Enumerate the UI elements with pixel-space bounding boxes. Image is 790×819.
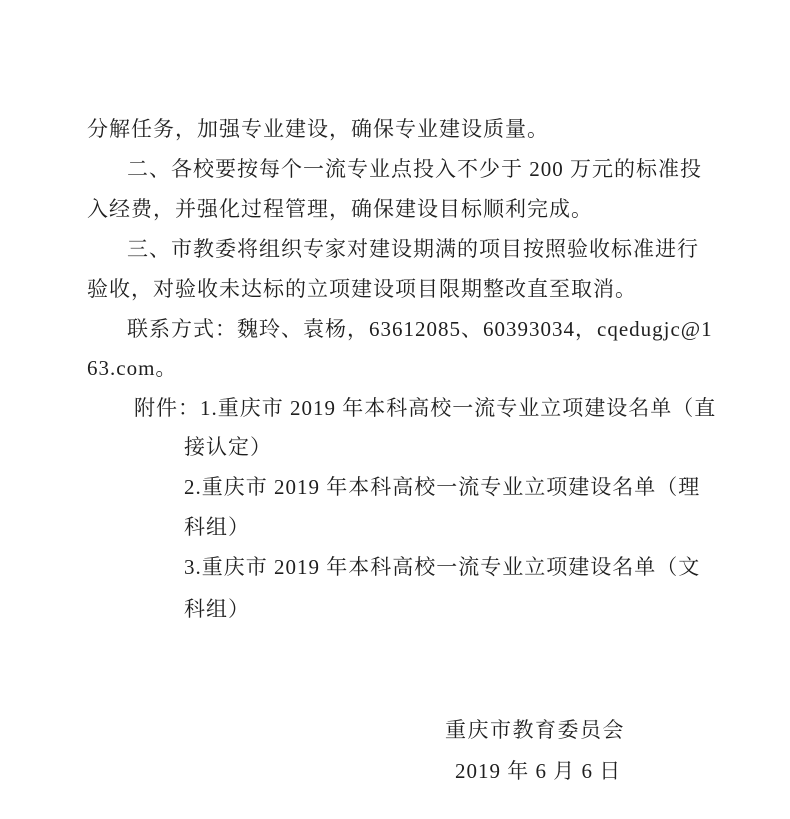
signature-date: 2019 年 6 月 6 日: [455, 758, 621, 784]
doc-line: 验收，对验收未达标的立项建设项目限期整改直至取消。: [87, 276, 637, 302]
doc-line-contact: 联系方式：魏玲、袁杨，63612085、60393034，cqedugjc@1: [127, 316, 713, 342]
document-page: 分解任务，加强专业建设，确保专业建设质量。 二、各校要按每个一流专业点投入不少于…: [0, 0, 790, 819]
attachment-list-line: 接认定）: [184, 434, 272, 460]
attachment-list-line: 科组）: [184, 596, 250, 622]
doc-line-contact: 63.com。: [87, 355, 177, 381]
doc-line: 二、各校要按每个一流专业点投入不少于 200 万元的标准投: [127, 156, 702, 182]
attachment-list-line: 附件：1.重庆市 2019 年本科高校一流专业立项建设名单（直: [134, 395, 716, 421]
attachment-list-line: 3.重庆市 2019 年本科高校一流专业立项建设名单（文: [184, 554, 700, 580]
doc-line: 三、市教委将组织专家对建设期满的项目按照验收标准进行: [127, 236, 699, 262]
attachment-list-line: 科组）: [184, 514, 250, 540]
doc-line: 分解任务，加强专业建设，确保专业建设质量。: [87, 116, 549, 142]
doc-line: 入经费，并强化过程管理，确保建设目标顺利完成。: [87, 196, 593, 222]
signature-organization: 重庆市教育委员会: [445, 717, 625, 743]
attachment-list-line: 2.重庆市 2019 年本科高校一流专业立项建设名单（理: [184, 474, 700, 500]
